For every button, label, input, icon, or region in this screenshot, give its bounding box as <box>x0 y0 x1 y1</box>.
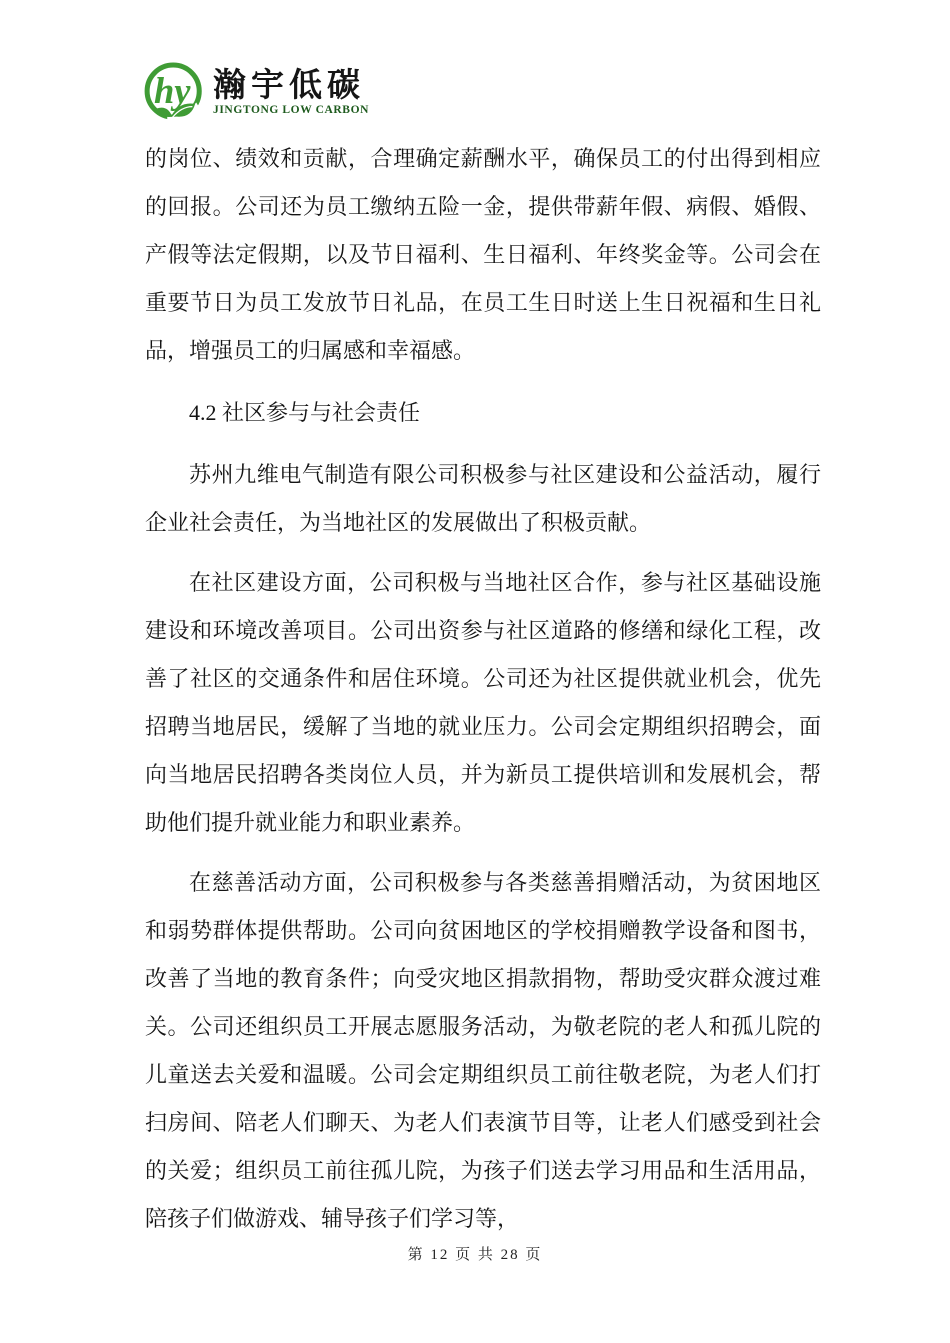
company-logo: hy 瀚宇低碳 JINGTONG LOW CARBON <box>143 56 369 128</box>
logo-name-chinese: 瀚宇低碳 <box>213 68 369 104</box>
section-heading-4-2: 4.2 社区参与与社会责任 <box>145 389 821 437</box>
logo-wordmark: 瀚宇低碳 JINGTONG LOW CARBON <box>213 68 369 117</box>
document-body: 的岗位、绩效和贡献，合理确定薪酬水平，确保员工的付出得到相应的回报。公司还为员工… <box>145 135 821 1255</box>
logo-name-english: JINGTONG LOW CARBON <box>213 104 369 117</box>
leaf-circle-logo-icon: hy <box>143 56 207 128</box>
paragraph-community-building: 在社区建设方面，公司积极与当地社区合作，参与社区基础设施建设和环境改善项目。公司… <box>145 559 821 847</box>
document-page: hy 瀚宇低碳 JINGTONG LOW CARBON 的岗位、绩效和贡献，合理… <box>0 0 950 1343</box>
paragraph-salary-benefits: 的岗位、绩效和贡献，合理确定薪酬水平，确保员工的付出得到相应的回报。公司还为员工… <box>145 135 821 375</box>
paragraph-csr-intro: 苏州九维电气制造有限公司积极参与社区建设和公益活动，履行企业社会责任，为当地社区… <box>145 451 821 547</box>
page-number-indicator: 第 12 页 共 28 页 <box>0 1243 950 1264</box>
paragraph-charity-activities: 在慈善活动方面，公司积极参与各类慈善捐赠活动，为贫困地区和弱势群体提供帮助。公司… <box>145 859 821 1243</box>
